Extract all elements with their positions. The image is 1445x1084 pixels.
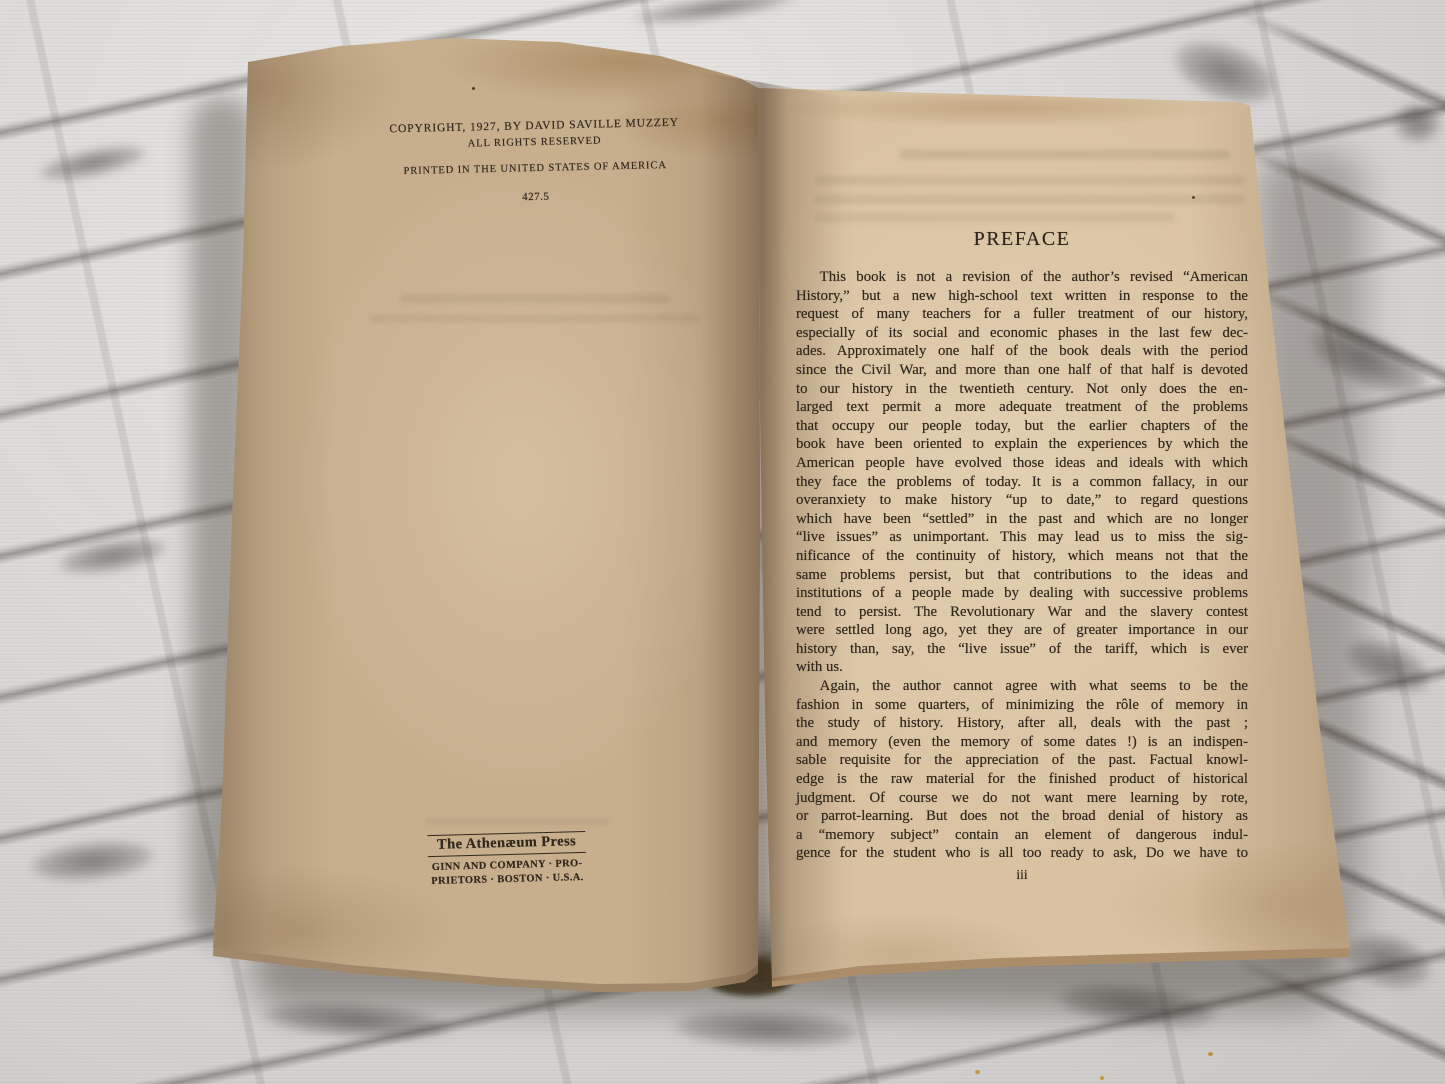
gold-speck (1100, 1076, 1104, 1080)
ghost-text-line (900, 150, 1230, 159)
preface-heading: PREFACE (796, 228, 1248, 251)
preface-text-line: nificance of the continuity of history, … (796, 547, 1248, 566)
page-speck (1192, 196, 1195, 199)
ghost-text-line (815, 176, 1245, 185)
preface-text-line: larged text permit a more adequate treat… (796, 398, 1248, 417)
preface-text-line: “live issues” as unimportant. This may l… (796, 528, 1248, 547)
preface-text-line: were settled long ago, yet they are of g… (796, 621, 1248, 640)
preface-text-line: sable requisite for the appreciation of … (796, 751, 1248, 770)
ghost-text-line (370, 315, 700, 322)
preface-text-line: same problems persist, but that contribu… (796, 566, 1248, 585)
book-photo-scene: COPYRIGHT, 1927, BY DAVID SAVILLE MUZZEY… (0, 0, 1445, 1084)
preface-text-line: or parrot-learning. But does not the bro… (796, 807, 1248, 826)
ghost-text-line (425, 818, 610, 825)
preface-text-line: ades. Approximately one half of the book… (796, 342, 1248, 361)
preface-text-line: history than, say, the “live issue” of t… (796, 640, 1248, 659)
preface-text-line: the study of history. History, after all… (796, 714, 1248, 733)
preface-text-line: and memory (even the memory of some date… (796, 733, 1248, 752)
preface-paragraph-1: This book is not a revision of the autho… (796, 268, 1248, 677)
preface-text-line: a “memory subject” contain an element of… (796, 826, 1248, 845)
preface-text-line: to our history in the twentieth century.… (796, 380, 1248, 399)
preface-text-line: History,” but a new high-school text wri… (796, 287, 1248, 306)
ghost-text-line (815, 213, 1175, 222)
page-number: iii (796, 867, 1248, 883)
copyright-block: COPYRIGHT, 1927, BY DAVID SAVILLE MUZZEY… (334, 115, 736, 207)
preface-text-line: fashion in some quarters, of minimizing … (796, 696, 1248, 715)
gold-speck (975, 1070, 980, 1074)
preface-text-line: tend to persist. The Revolutionary War a… (796, 603, 1248, 622)
preface-text-line: American people have evolved those ideas… (796, 454, 1248, 473)
preface-text-line: judgment. Of course we do not want mere … (796, 789, 1248, 808)
preface-text-line: gence for the student who is all too rea… (796, 844, 1248, 863)
preface-text-line: overanxiety to make history “up to date,… (796, 491, 1248, 510)
publisher-colophon: The Athenæum Press GINN AND COMPANY · PR… (427, 831, 586, 888)
preface-text-line: request of many teachers for a fuller tr… (796, 305, 1248, 324)
preface-text-line: book have been oriented to explain the e… (796, 435, 1248, 454)
preface-text-line: especially of its social and economic ph… (796, 324, 1248, 343)
preface-text-line: edge is the raw material for the finishe… (796, 770, 1248, 789)
gold-speck (1208, 1052, 1213, 1056)
page-speck (472, 87, 475, 90)
preface-text-line: they face the problems of today. It is a… (796, 473, 1248, 492)
preface-text-line: with us. (796, 658, 1248, 677)
rights-reserved-line: ALL RIGHTS RESERVED (334, 132, 734, 152)
preface-paragraph-2: Again, the author cannot agree with what… (796, 677, 1248, 863)
preface-text-line: since the Civil War, and more than one h… (796, 361, 1248, 380)
ghost-text-line (815, 195, 1245, 204)
preface-text-line: that occupy our people today, but the ea… (796, 417, 1248, 436)
preface-text-line: This book is not a revision of the autho… (796, 268, 1248, 287)
preface-text-line: which have been “settled” in the past an… (796, 510, 1248, 529)
ghost-text-line (400, 294, 670, 303)
printed-in-line: PRINTED IN THE UNITED STATES OF AMERICA (335, 158, 735, 178)
preface-text-line: Again, the author cannot agree with what… (796, 677, 1248, 696)
preface-text-line: institutions of a people made by dealing… (796, 584, 1248, 603)
preface-page-content: PREFACE This book is not a revision of t… (796, 228, 1248, 883)
